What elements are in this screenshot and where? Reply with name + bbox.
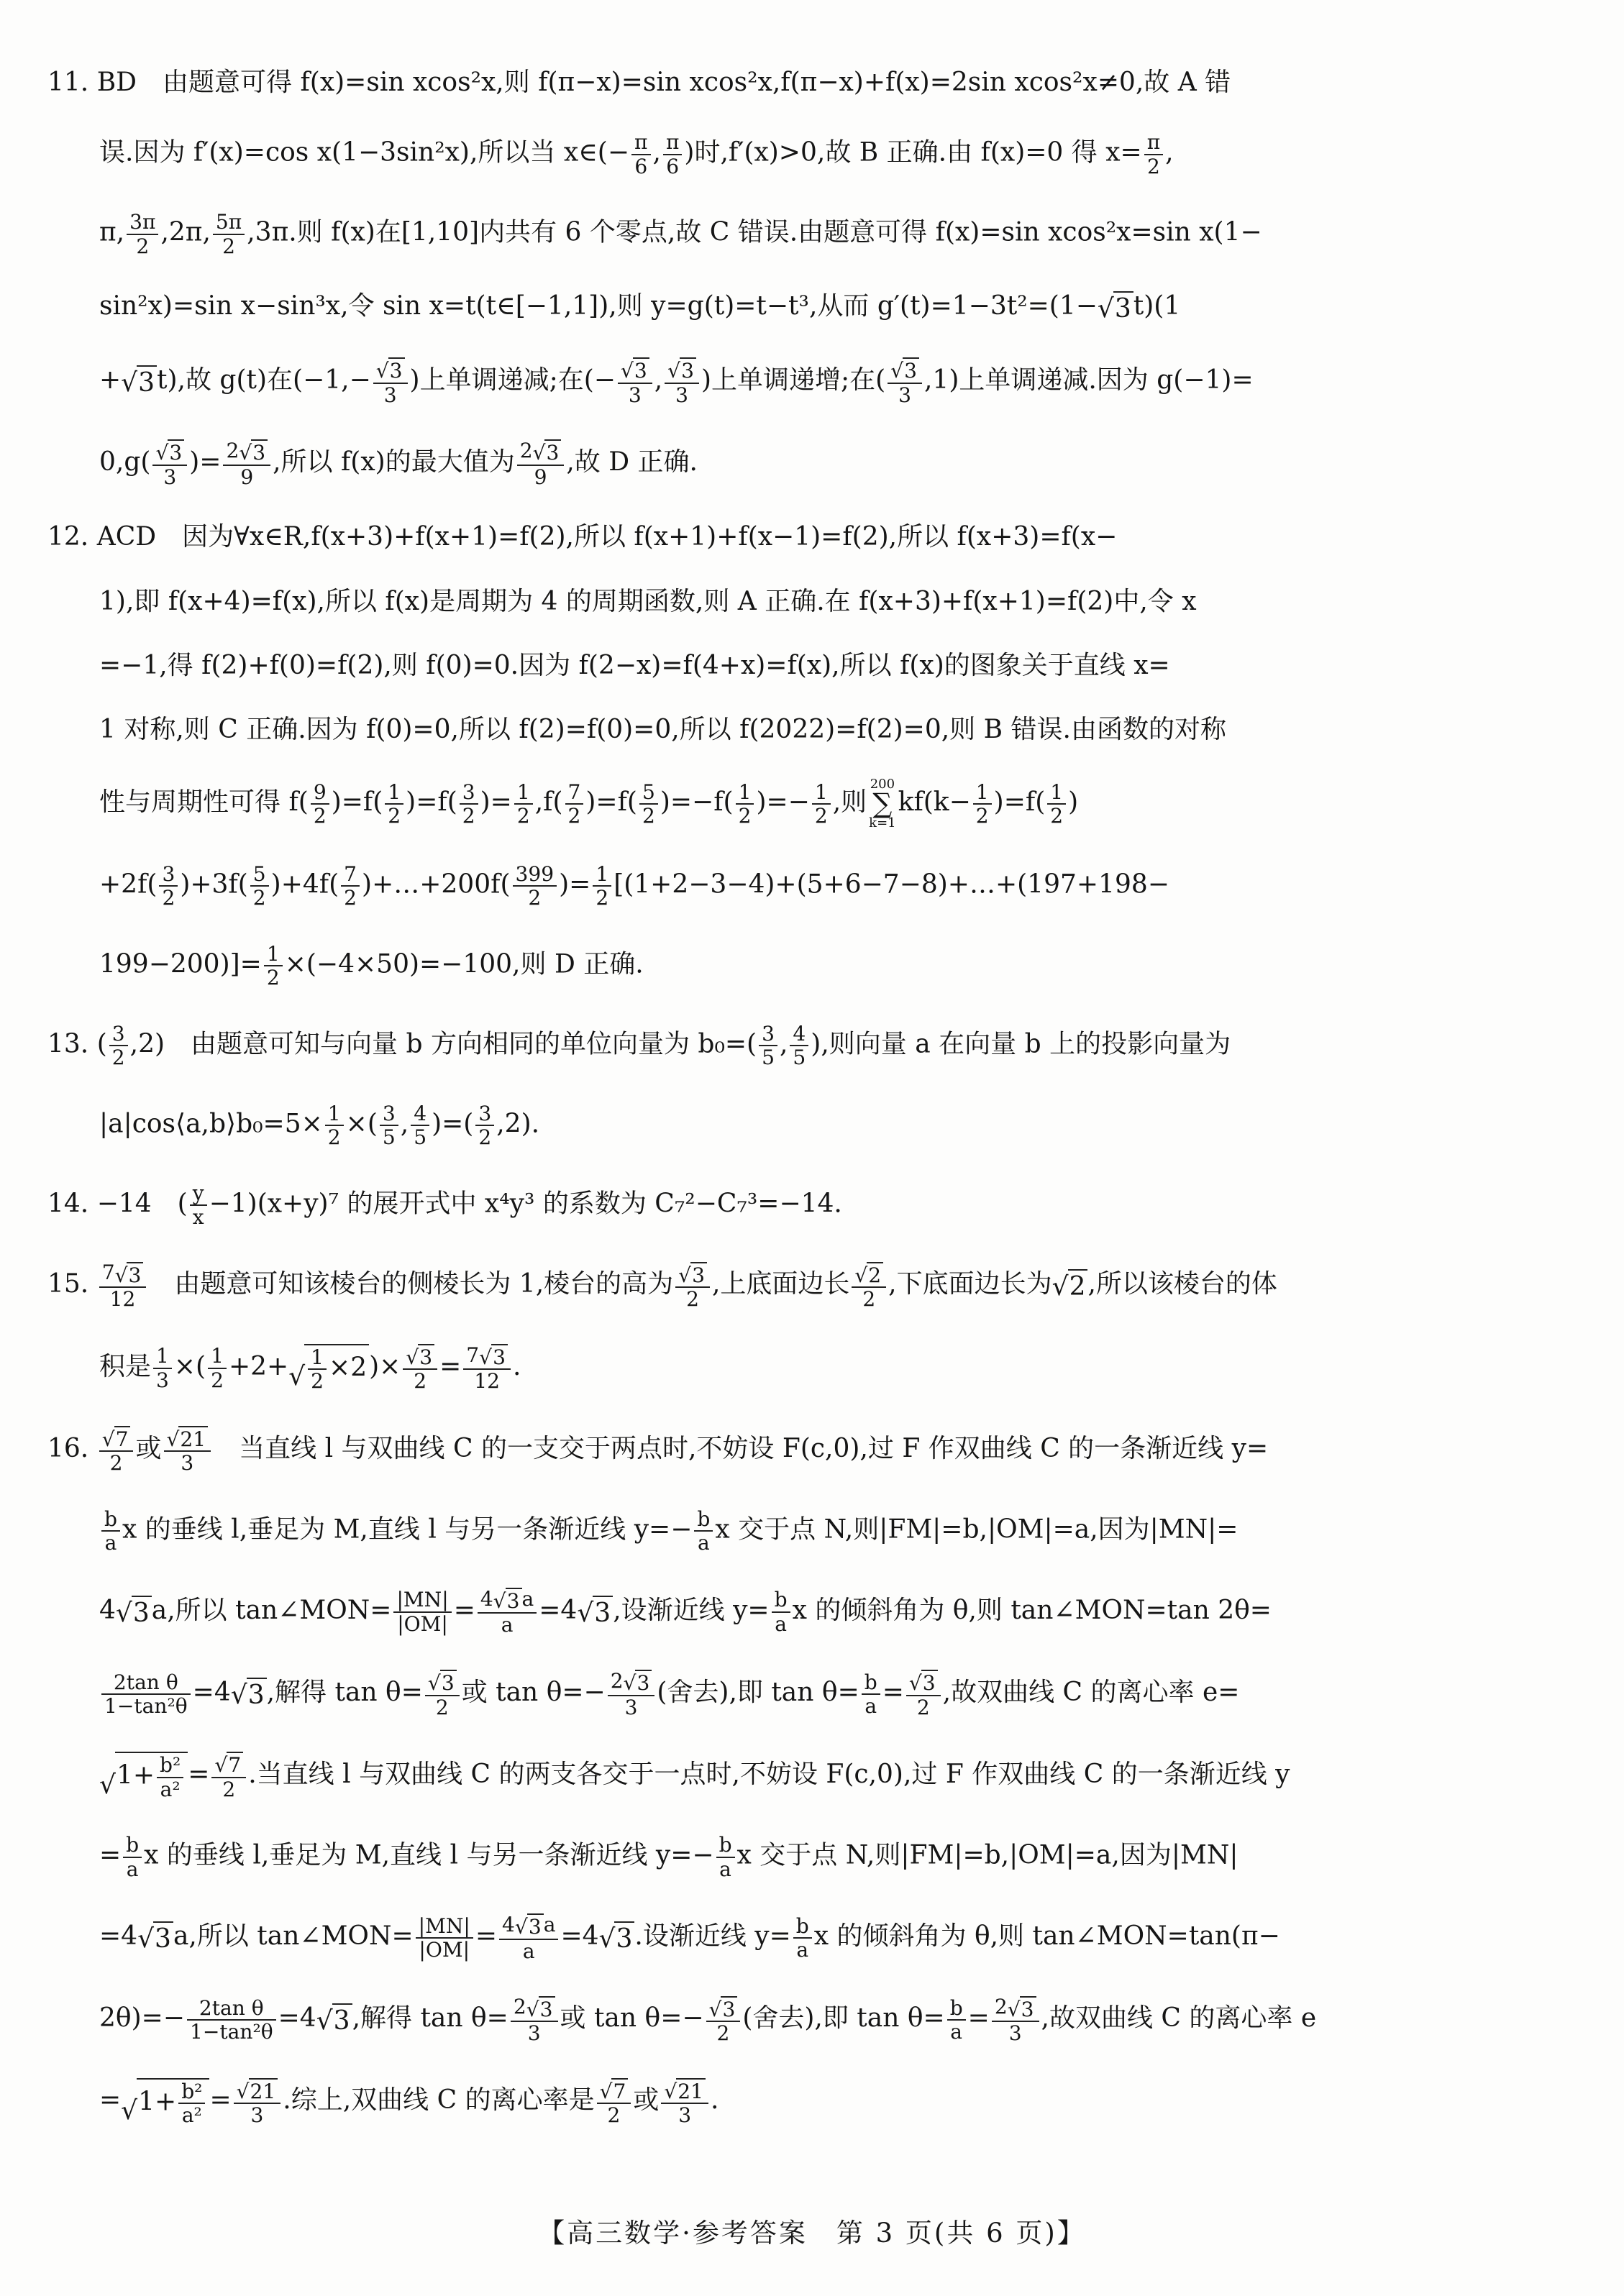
math-line: 性与周期性可得 f(92)=f(12)=f(32)=12,f(72)=f(52)… — [99, 761, 1584, 846]
math-line: |a|cos⟨a,b⟩b₀=5×12×(35,45)=(32,2). — [99, 1086, 1584, 1166]
math-line: 1 对称,则 C 正确.因为 f(0)=0,所以 f(2)=f(0)=0,所以 … — [99, 698, 1584, 761]
math-line: 积是13×(12+2+√12×2)×√32=7√312. — [99, 1327, 1584, 1409]
math-line: 误.因为 f′(x)=cos x(1−3sin²x),所以当 x∈(−π6,π6… — [99, 114, 1584, 194]
footer-text: 【高三数学·参考答案 第 3 页(共 6 页)】 — [538, 2218, 1086, 2249]
answer-item-15: 15. 7√312 由题意可知该棱台的侧棱长为 1,棱台的高为√32,上底面边长… — [47, 1245, 1584, 1409]
answers-list: 11. BD 由题意可得 f(x)=sin xcos²x,则 f(π−x)=si… — [47, 50, 1584, 2144]
math-line: +2f(32)+3f(52)+4f(72)+…+200f(3992)=12[(1… — [99, 846, 1584, 926]
math-line: =−1,得 f(2)+f(0)=f(2),则 f(0)=0.因为 f(2−x)=… — [99, 634, 1584, 698]
math-line: 15. 7√312 由题意可知该棱台的侧棱长为 1,棱台的高为√32,上底面边长… — [47, 1245, 1584, 1327]
math-line: 2θ)=−2tan θ1−tan²θ=4√3,解得 tan θ=2√33或 ta… — [99, 1979, 1584, 2061]
math-line: 14. −14 (yx−1)(x+y)⁷ 的展开式中 x⁴y³ 的系数为 C₇²… — [47, 1166, 1584, 1245]
answer-item-12: 12. ACD 因为∀x∈R,f(x+3)+f(x+1)=f(2),所以 f(x… — [47, 505, 1584, 1005]
math-line: 0,g(√33)=2√39,所以 f(x)的最大值为2√39,故 D 正确. — [99, 423, 1584, 505]
page: 11. BD 由题意可得 f(x)=sin xcos²x,则 f(π−x)=si… — [0, 0, 1624, 2296]
math-line: 12. ACD 因为∀x∈R,f(x+3)+f(x+1)=f(2),所以 f(x… — [47, 505, 1584, 569]
math-line: =bax 的垂线 l,垂足为 M,直线 l 与另一条渐近线 y=−bax 交于点… — [99, 1817, 1584, 1897]
math-line: π,3π2,2π,5π2,3π.则 f(x)在[1,10]内共有 6 个零点,故… — [99, 194, 1584, 274]
math-line: √1+b²a²=√72.当直线 l 与双曲线 C 的两支各交于一点时,不妨设 F… — [99, 1735, 1584, 1817]
answer-item-14: 14. −14 (yx−1)(x+y)⁷ 的展开式中 x⁴y³ 的系数为 C₇²… — [47, 1166, 1584, 1245]
answer-item-11: 11. BD 由题意可得 f(x)=sin xcos²x,则 f(π−x)=si… — [47, 50, 1584, 505]
answer-item-16: 16. √72或√213 当直线 l 与双曲线 C 的一支交于两点时,不妨设 F… — [47, 1409, 1584, 2144]
answer-item-13: 13. (32,2) 由题意可知与向量 b 方向相同的单位向量为 b₀=(35,… — [47, 1006, 1584, 1166]
math-line: 2tan θ1−tan²θ=4√3,解得 tan θ=√32或 tan θ=−2… — [99, 1653, 1584, 1735]
math-line: 13. (32,2) 由题意可知与向量 b 方向相同的单位向量为 b₀=(35,… — [47, 1006, 1584, 1086]
math-line: 4√3a,所以 tan∠MON=|MN||OM|=4√3aa=4√3,设渐近线 … — [99, 1571, 1584, 1653]
math-line: =√1+b²a²=√213.综上,双曲线 C 的离心率是√72或√213. — [99, 2061, 1584, 2143]
math-line: 199−200)]=12×(−4×50)=−100,则 D 正确. — [99, 926, 1584, 1006]
math-line: 1),即 f(x+4)=f(x),所以 f(x)是周期为 4 的周期函数,则 A… — [99, 570, 1584, 634]
math-line: =4√3a,所以 tan∠MON=|MN||OM|=4√3aa=4√3.设渐近线… — [99, 1897, 1584, 1979]
math-line: sin²x)=sin x−sin³x,令 sin x=t(t∈[−1,1]),则… — [99, 274, 1584, 341]
page-footer: 【高三数学·参考答案 第 3 页(共 6 页)】 — [0, 2211, 1624, 2250]
math-line: bax 的垂线 l,垂足为 M,直线 l 与另一条渐近线 y=−bax 交于点 … — [99, 1491, 1584, 1571]
math-line: +√3t),故 g(t)在(−1,−√33)上单调递减;在(−√33,√33)上… — [99, 341, 1584, 423]
math-line: 16. √72或√213 当直线 l 与双曲线 C 的一支交于两点时,不妨设 F… — [47, 1409, 1584, 1491]
math-line: 11. BD 由题意可得 f(x)=sin xcos²x,则 f(π−x)=si… — [47, 50, 1584, 114]
